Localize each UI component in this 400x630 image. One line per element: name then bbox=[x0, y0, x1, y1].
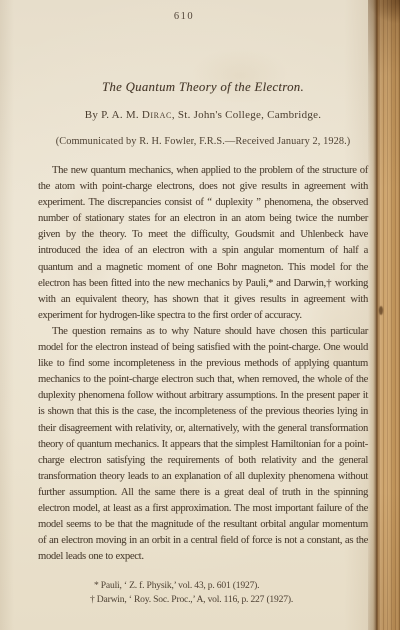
fold-blemish bbox=[379, 306, 383, 315]
author-name: Dirac bbox=[142, 109, 172, 121]
footnote-pauli: * Pauli, ‘ Z. f. Physik,’ vol. 43, p. 60… bbox=[94, 579, 368, 593]
page-number: 610 bbox=[0, 11, 368, 22]
footnote-darwin: † Darwin, ‘ Roy. Soc. Proc.,’ A, vol. 11… bbox=[90, 593, 368, 607]
scanned-paper-page: 610 The Quantum Theory of the Electron. … bbox=[0, 0, 400, 630]
communicated-line: (Communicated by R. H. Fowler, F.R.S.—Re… bbox=[38, 136, 368, 147]
page-content: The Quantum Theory of the Electron. By P… bbox=[38, 80, 368, 606]
paragraph-1: The new quantum mechanics, when applied … bbox=[38, 163, 368, 324]
footnotes: * Pauli, ‘ Z. f. Physik,’ vol. 43, p. 60… bbox=[38, 579, 368, 606]
article-title: The Quantum Theory of the Electron. bbox=[38, 80, 368, 95]
book-page-edges bbox=[368, 0, 400, 630]
article-body: The new quantum mechanics, when applied … bbox=[38, 163, 368, 565]
byline-prefix: By P. A. M. bbox=[85, 109, 142, 121]
byline-suffix: , St. John's College, Cambridge. bbox=[172, 109, 321, 121]
paragraph-2: The question remains as to why Nature sh… bbox=[38, 324, 368, 565]
byline: By P. A. M. Dirac, St. John's College, C… bbox=[38, 109, 368, 121]
